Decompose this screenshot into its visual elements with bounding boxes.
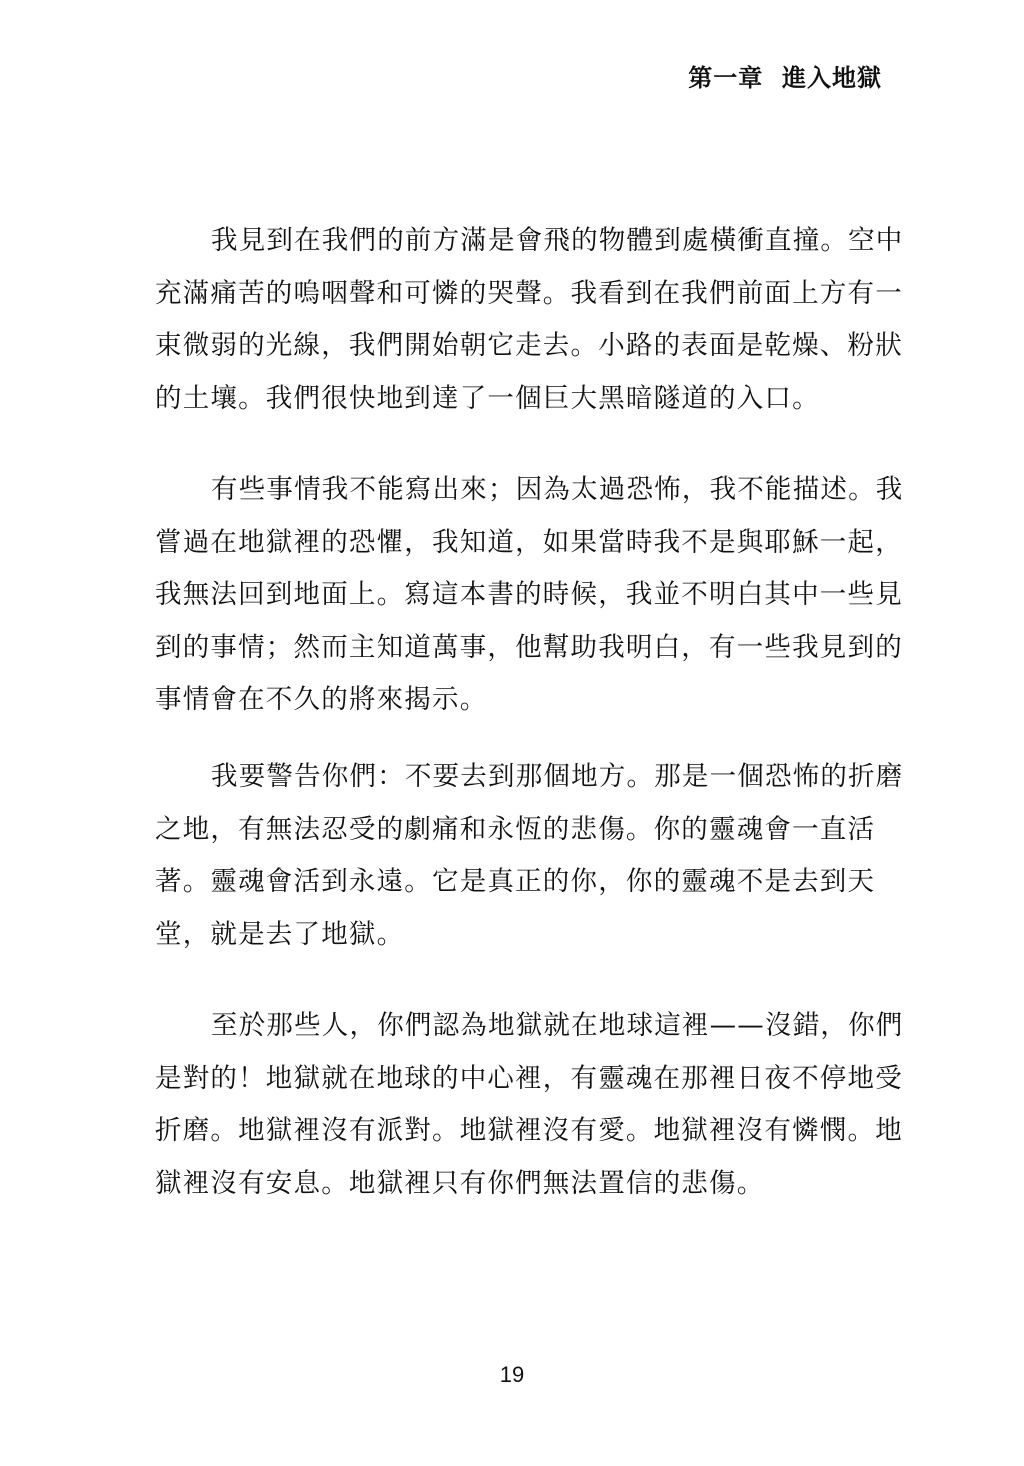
paragraph-4: 至於那些人，你們認為地獄就在地球這裡——沒錯，你們 是對的！地獄就在地球的中心裡…: [155, 1000, 883, 1210]
paragraph-line: 到的事情；然而主知道萬事，他幫助我明白，有一些我見到的: [155, 622, 883, 675]
paragraph-line: 我要警告你們：不要去到那個地方。那是一個恐怖的折磨: [155, 751, 883, 804]
paragraph-line: 充滿痛苦的嗚咽聲和可憐的哭聲。我看到在我們前面上方有一: [155, 268, 883, 321]
paragraph-line: 堂，就是去了地獄。: [155, 909, 883, 962]
paragraph-2: 有些事情我不能寫出來；因為太過恐怖，我不能描述。我 嘗過在地獄裡的恐懼，我知道，…: [155, 464, 883, 727]
paragraph-line: 之地，有無法忍受的劇痛和永恆的悲傷。你的靈魂會一直活: [155, 804, 883, 857]
paragraph-line: 嘗過在地獄裡的恐懼，我知道，如果當時我不是與耶穌一起，: [155, 517, 883, 570]
page-number: 19: [0, 1362, 1024, 1388]
paragraph-3: 我要警告你們：不要去到那個地方。那是一個恐怖的折磨 之地，有無法忍受的劇痛和永恆…: [155, 751, 883, 961]
paragraph-line: 束微弱的光線，我們開始朝它走去。小路的表面是乾燥、粉狀: [155, 320, 883, 373]
paragraph-line: 著。靈魂會活到永遠。它是真正的你，你的靈魂不是去到天: [155, 856, 883, 909]
paragraph-line: 我無法回到地面上。寫這本書的時候，我並不明白其中一些見: [155, 569, 883, 622]
paragraph-line: 至於那些人，你們認為地獄就在地球這裡——沒錯，你們: [155, 1000, 883, 1053]
paragraph-line: 有些事情我不能寫出來；因為太過恐怖，我不能描述。我: [155, 464, 883, 517]
paragraph-line: 折磨。地獄裡沒有派對。地獄裡沒有愛。地獄裡沒有憐憫。地: [155, 1105, 883, 1158]
chapter-header: 第一章 進入地獄: [688, 58, 882, 93]
paragraph-line: 的土壤。我們很快地到達了一個巨大黑暗隧道的入口。: [155, 373, 883, 426]
paragraph-line: 事情會在不久的將來揭示。: [155, 674, 883, 727]
paragraph-line: 獄裡沒有安息。地獄裡只有你們無法置信的悲傷。: [155, 1158, 883, 1211]
paragraph-1: 我見到在我們的前方滿是會飛的物體到處橫衝直撞。空中 充滿痛苦的嗚咽聲和可憐的哭聲…: [155, 215, 883, 425]
paragraph-line: 我見到在我們的前方滿是會飛的物體到處橫衝直撞。空中: [155, 215, 883, 268]
paragraph-line: 是對的！地獄就在地球的中心裡，有靈魂在那裡日夜不停地受: [155, 1053, 883, 1106]
